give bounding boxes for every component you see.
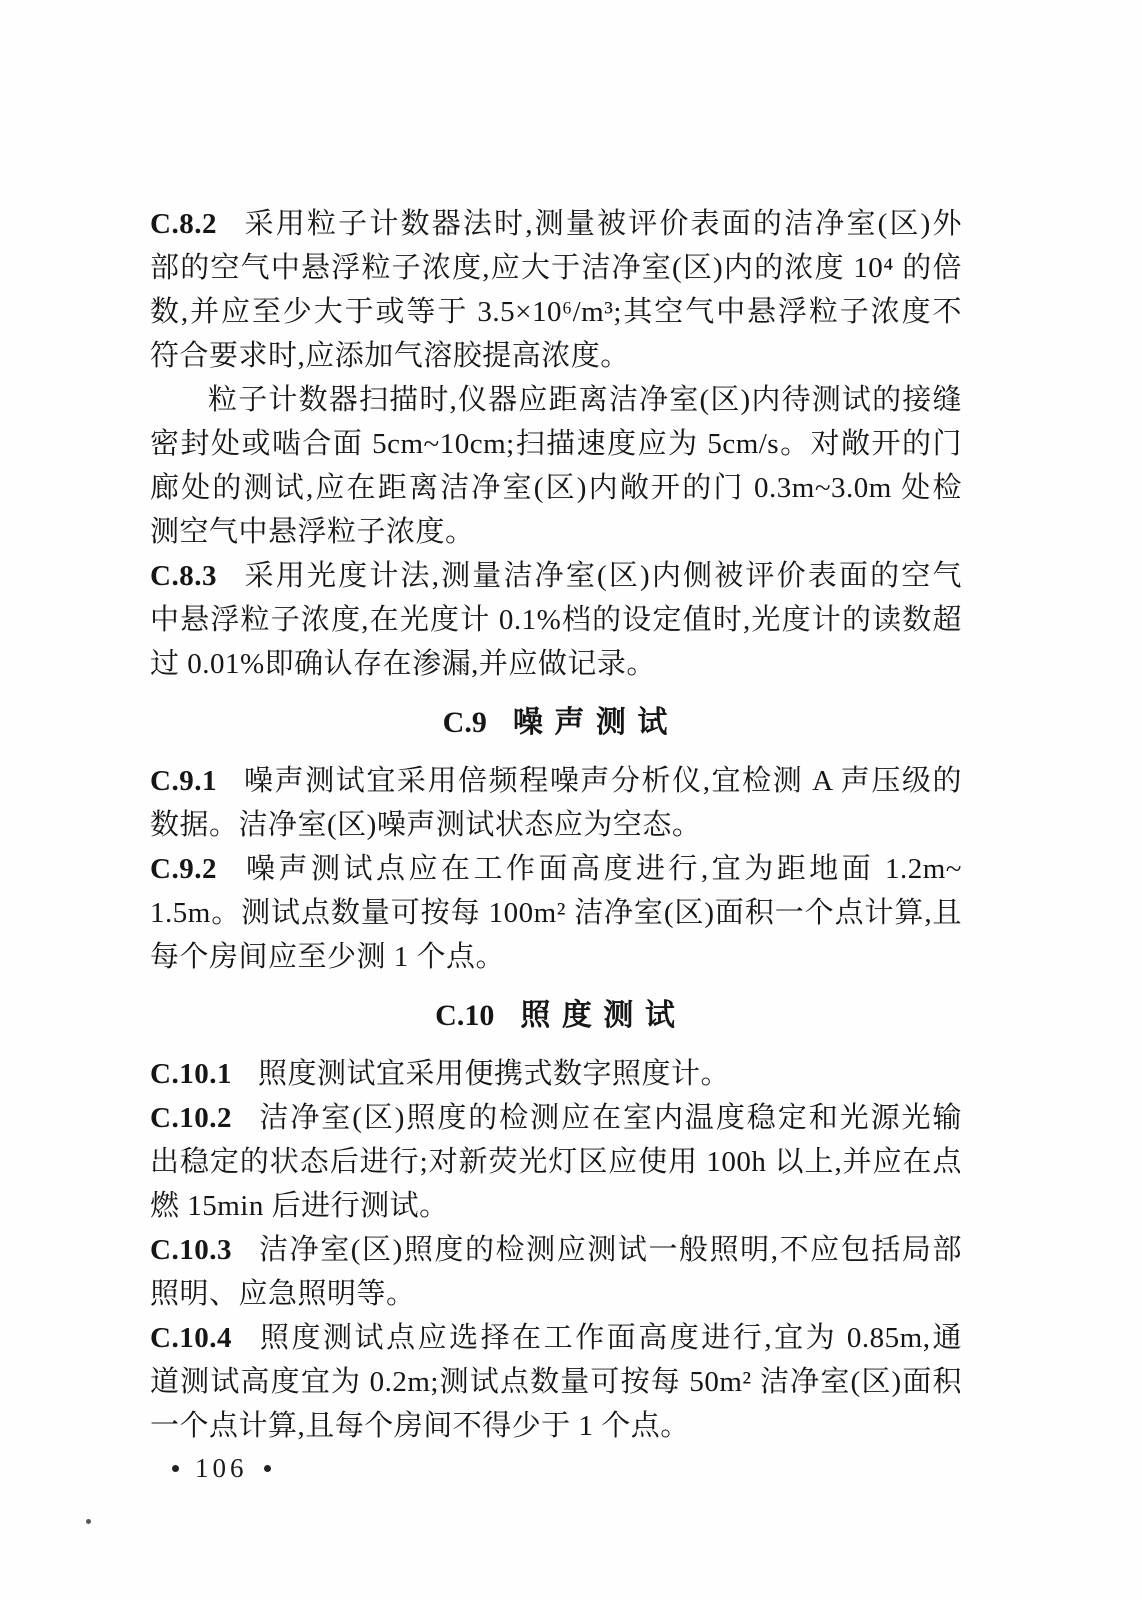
clause-number: C.8.3	[150, 560, 217, 592]
text-line: 粒子计数器扫描时,仪器应距离洁净室(区)内待测试的接缝	[150, 378, 962, 422]
clause-number: C.10.4	[150, 1322, 232, 1354]
paragraph: C.10.3洁净室(区)照度的检测应测试一般照明,不应包括局部照明、应急照明等。	[150, 1228, 962, 1316]
text-line: 1.5m。测试点数量可按每 100m² 洁净室(区)面积一个点计算,且	[150, 891, 962, 935]
scan-speck-dot	[86, 1519, 91, 1524]
text-line: C.10.4照度测试点应选择在工作面高度进行,宜为 0.85m,通	[150, 1316, 962, 1360]
paragraph: C.8.3采用光度计法,测量洁净室(区)内侧被评价表面的空气中悬浮粒子浓度,在光…	[150, 554, 962, 686]
text-line: 密封处或啮合面 5cm~10cm;扫描速度应为 5cm/s。对敞开的门	[150, 422, 962, 466]
section-heading: C.10照 度 测 试	[150, 994, 962, 1038]
section-heading-title: 噪 声 测 试	[513, 706, 670, 739]
text-line: C.8.3采用光度计法,测量洁净室(区)内侧被评价表面的空气	[150, 554, 962, 598]
text-line: 廊处的测试,应在距离洁净室(区)内敞开的门 0.3m~3.0m 处检	[150, 466, 962, 510]
text-line: 每个房间应至少测 1 个点。	[150, 935, 962, 979]
page-footer: 106	[172, 1448, 271, 1488]
text-line: 部的空气中悬浮粒子浓度,应大于洁净室(区)内的浓度 10⁴ 的倍	[150, 246, 962, 290]
paragraph: 粒子计数器扫描时,仪器应距离洁净室(区)内待测试的接缝密封处或啮合面 5cm~1…	[150, 378, 962, 554]
text-line: 数,并应至少大于或等于 3.5×10⁶/m³;其空气中悬浮粒子浓度不	[150, 290, 962, 334]
paragraph: C.10.2洁净室(区)照度的检测应在室内温度稳定和光源光输出稳定的状态后进行;…	[150, 1096, 962, 1228]
text-line: 一个点计算,且每个房间不得少于 1 个点。	[150, 1404, 962, 1448]
footer-dot-right-icon	[264, 1465, 271, 1472]
text-line: 道测试高度宜为 0.2m;测试点数量可按每 50m² 洁净室(区)面积	[150, 1360, 962, 1404]
text-line: 测空气中悬浮粒子浓度。	[150, 510, 962, 554]
clause-number: C.9.2	[150, 853, 217, 885]
text-line: 数据。洁净室(区)噪声测试状态应为空态。	[150, 803, 962, 847]
text-line: 出稳定的状态后进行;对新荧光灯区应使用 100h 以上,并应在点	[150, 1140, 962, 1184]
footer-dot-left-icon	[172, 1465, 179, 1472]
text-line: 符合要求时,应添加气溶胶提高浓度。	[150, 334, 962, 378]
clause-number: C.9.1	[150, 765, 217, 797]
text-line: C.10.1照度测试宜采用便携式数字照度计。	[150, 1052, 962, 1096]
clause-number: C.10.3	[150, 1234, 232, 1266]
section-heading: C.9噪 声 测 试	[150, 701, 962, 745]
section-heading-number: C.9	[443, 706, 487, 739]
clause-number: C.10.2	[150, 1102, 232, 1134]
page-number: 106	[195, 1453, 248, 1484]
text-line: 中悬浮粒子浓度,在光度计 0.1%档的设定值时,光度计的读数超	[150, 598, 962, 642]
text-line: C.10.3洁净室(区)照度的检测应测试一般照明,不应包括局部	[150, 1228, 962, 1272]
section-heading-title: 照 度 测 试	[520, 999, 677, 1032]
section-heading-number: C.10	[435, 999, 494, 1032]
text-line: 燃 15min 后进行测试。	[150, 1184, 962, 1228]
document-body: C.8.2采用粒子计数器法时,测量被评价表面的洁净室(区)外部的空气中悬浮粒子浓…	[150, 202, 962, 1448]
text-line: 照明、应急照明等。	[150, 1272, 962, 1316]
text-line: 过 0.01%即确认存在渗漏,并应做记录。	[150, 642, 962, 686]
text-line: C.10.2洁净室(区)照度的检测应在室内温度稳定和光源光输	[150, 1096, 962, 1140]
paragraph: C.8.2采用粒子计数器法时,测量被评价表面的洁净室(区)外部的空气中悬浮粒子浓…	[150, 202, 962, 378]
clause-number: C.8.2	[150, 208, 217, 240]
text-line: C.8.2采用粒子计数器法时,测量被评价表面的洁净室(区)外	[150, 202, 962, 246]
paragraph: C.9.2噪声测试点应在工作面高度进行,宜为距地面 1.2m~1.5m。测试点数…	[150, 847, 962, 979]
paragraph: C.9.1噪声测试宜采用倍频程噪声分析仪,宜检测 A 声压级的数据。洁净室(区)…	[150, 759, 962, 847]
paragraph: C.10.1照度测试宜采用便携式数字照度计。	[150, 1052, 962, 1096]
text-line: C.9.2噪声测试点应在工作面高度进行,宜为距地面 1.2m~	[150, 847, 962, 891]
document-page: C.8.2采用粒子计数器法时,测量被评价表面的洁净室(区)外部的空气中悬浮粒子浓…	[0, 0, 1142, 1600]
clause-number: C.10.1	[150, 1058, 232, 1090]
paragraph: C.10.4照度测试点应选择在工作面高度进行,宜为 0.85m,通道测试高度宜为…	[150, 1316, 962, 1448]
text-line: C.9.1噪声测试宜采用倍频程噪声分析仪,宜检测 A 声压级的	[150, 759, 962, 803]
